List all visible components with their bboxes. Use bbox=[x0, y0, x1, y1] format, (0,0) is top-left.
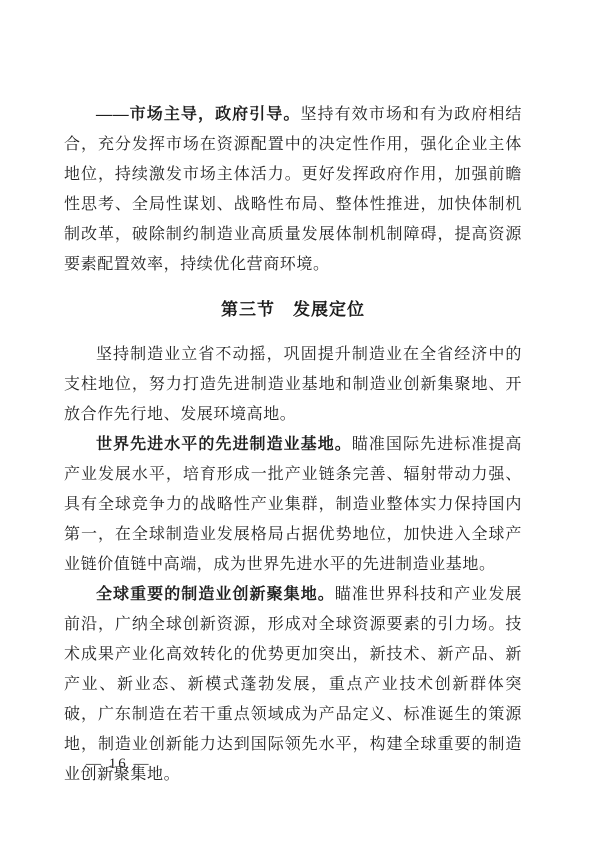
paragraph-lead-innovation-cluster: 全球重要的制造业创新聚集地。 bbox=[96, 586, 335, 603]
paragraph-lead-market-led: ——市场主导，政府引导。 bbox=[96, 106, 300, 123]
paragraph-market-led-government-guided: ——市场主导，政府引导。坚持有效市场和有为政府相结合，充分发挥市场在资源配置中的… bbox=[64, 100, 522, 280]
page-number: — 16 — bbox=[86, 753, 151, 775]
document-page: ——市场主导，政府引导。坚持有效市场和有为政府相结合，充分发挥市场在资源配置中的… bbox=[0, 0, 600, 848]
paragraph-body-manufacturing-province: 坚持制造业立省不动摇，巩固提升制造业在全省经济中的支柱地位，努力打造先进制造业基… bbox=[64, 346, 522, 423]
paragraph-advanced-manufacturing-base: 世界先进水平的先进制造业基地。瞄准国际先进标准提高产业发展水平，培育形成一批产业… bbox=[64, 430, 522, 580]
paragraph-lead-advanced-manufacturing-base: 世界先进水平的先进制造业基地。 bbox=[96, 436, 352, 453]
paragraph-body-market-led: 坚持有效市场和有为政府相结合，充分发挥市场在资源配置中的决定性作用，强化企业主体… bbox=[64, 106, 522, 273]
paragraph-body-advanced-manufacturing-base: 瞄准国际先进标准提高产业发展水平，培育形成一批产业链条完善、辐射带动力强、具有全… bbox=[64, 436, 522, 573]
page-content: ——市场主导，政府引导。坚持有效市场和有为政府相结合，充分发挥市场在资源配置中的… bbox=[64, 100, 522, 790]
section-heading-development-positioning: 第三节 发展定位 bbox=[64, 295, 522, 325]
paragraph-manufacturing-province: 坚持制造业立省不动摇，巩固提升制造业在全省经济中的支柱地位，努力打造先进制造业基… bbox=[64, 340, 522, 430]
